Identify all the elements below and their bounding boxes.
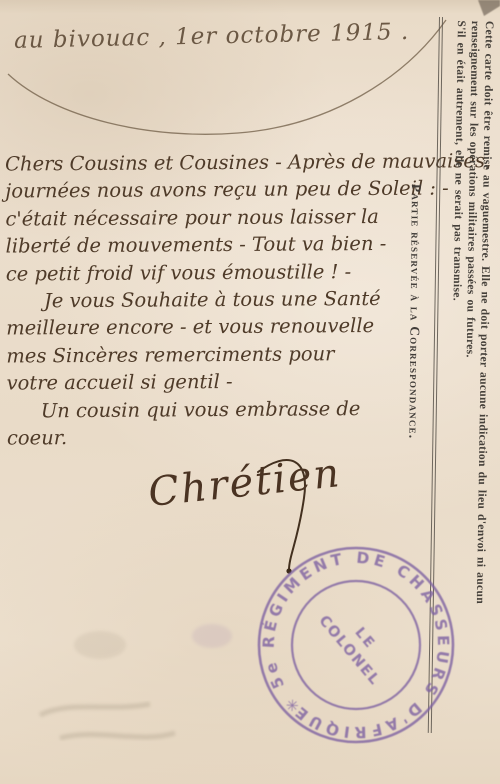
postcard-photo: au bivouac , 1er octobre 1915 . Chers Co… bbox=[0, 0, 500, 784]
stamp-ring-text: ✳ 5e RÉGIMENT DE CHASSEURS D'AFRIQUE bbox=[260, 549, 452, 742]
letter-line: meilleure encore - et vous renouvelle bbox=[6, 312, 452, 343]
letter-line: journées nous avons reçu un peu de Solei… bbox=[5, 175, 451, 206]
letter-line: liberté de mouvements - Tout va bien - bbox=[6, 230, 452, 261]
letter-line: Chers Cousins et Cousines - Après de mau… bbox=[5, 147, 451, 178]
ghost-handwriting-mark bbox=[40, 704, 175, 738]
letter-line: votre accueil si gentil - bbox=[6, 367, 452, 398]
svg-text:COLONEL: COLONEL bbox=[315, 613, 382, 689]
letter-line: Un cousin qui vous embrasse de bbox=[7, 394, 453, 425]
letter-line: ce petit froid vif vous émoustille ! - bbox=[6, 257, 452, 288]
letter-line: coeur. bbox=[7, 422, 453, 453]
date-flourish-line bbox=[8, 20, 446, 134]
ghost-stamp-smudge bbox=[192, 624, 232, 648]
stamp-inner-circle bbox=[292, 581, 420, 709]
letter-line: mes Sincères remerciments pour bbox=[6, 339, 452, 370]
ghost-smudge bbox=[74, 631, 126, 659]
letter-body: Chers Cousins et Cousines - Après de mau… bbox=[5, 147, 453, 452]
letter-line: c'était nécessaire pour nous laisser la bbox=[5, 202, 451, 233]
corner-mark bbox=[478, 0, 500, 16]
stamp-center-text: LE COLONEL bbox=[315, 600, 398, 689]
letter-line: Je vous Souhaite à tous une Santé bbox=[6, 284, 452, 315]
regiment-stamp: ✳ 5e RÉGIMENT DE CHASSEURS D'AFRIQUE LE … bbox=[254, 543, 458, 747]
